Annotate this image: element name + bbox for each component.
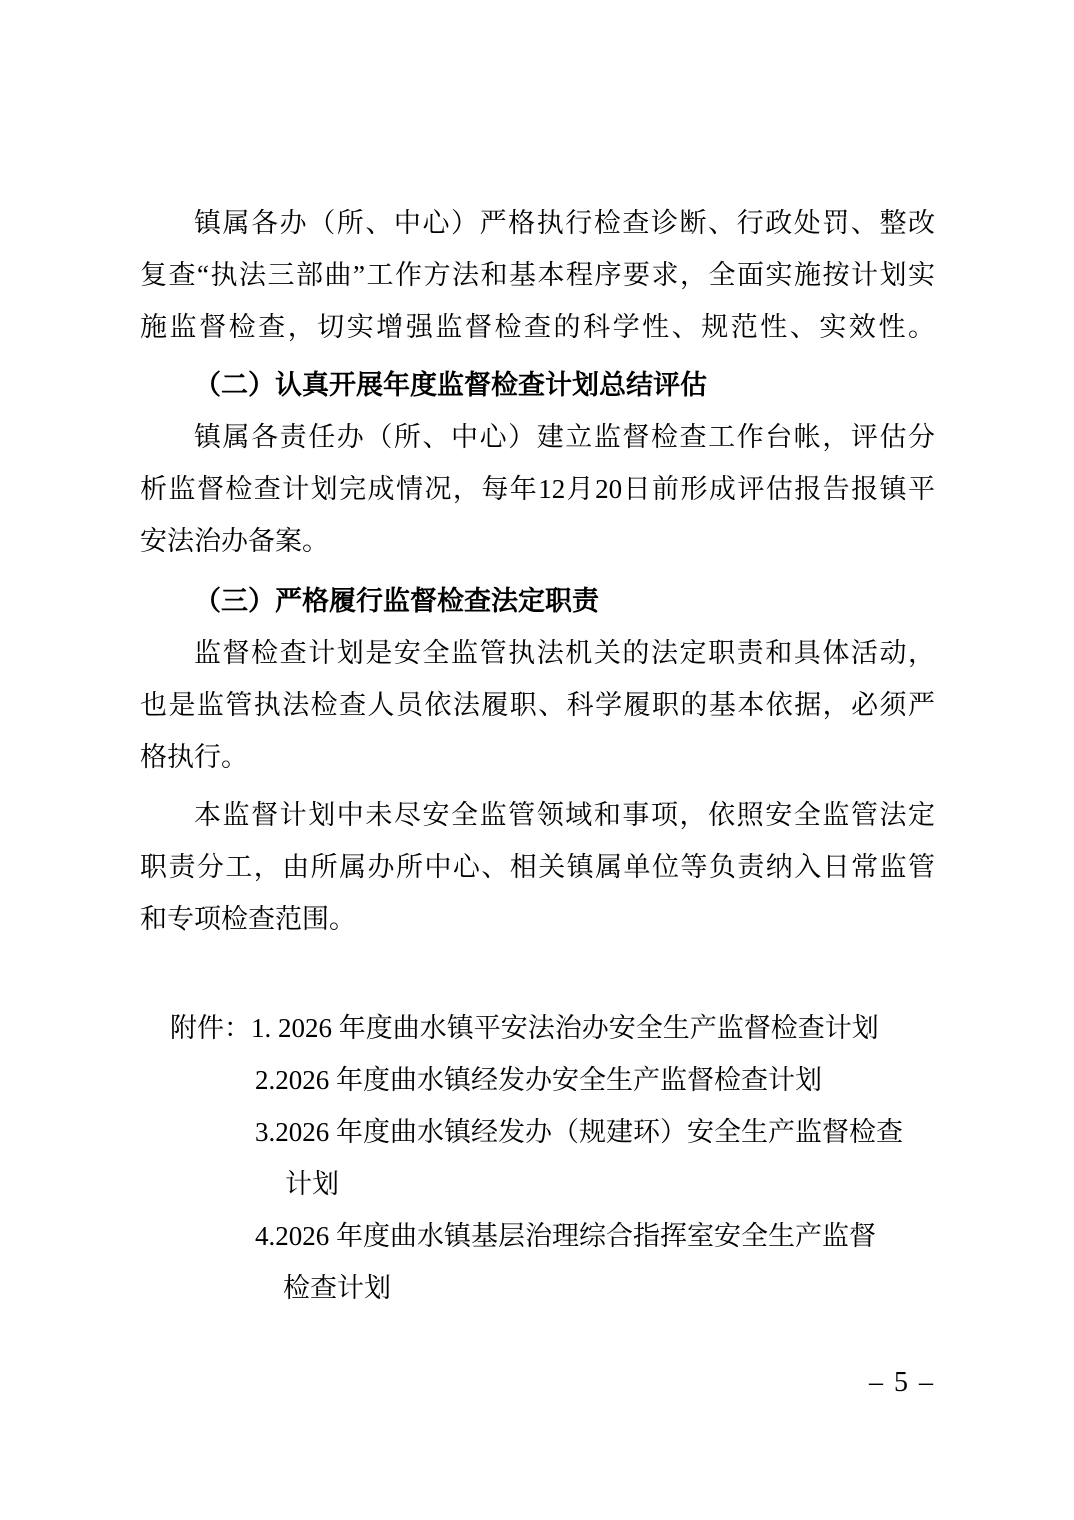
paragraph-line: 格执行。 <box>140 731 935 783</box>
paragraph-line: 安法治办备案。 <box>140 515 935 567</box>
paragraph-line: 和专项检查范围。 <box>140 893 935 945</box>
paragraph-line: 监督检查计划是安全监管执法机关的法定职责和具体活动， <box>140 627 935 679</box>
paragraph-3: 监督检查计划是安全监管执法机关的法定职责和具体活动， 也是监管执法检查人员依法履… <box>140 627 935 783</box>
attachment-title: 1. 2026 年度曲水镇平安法治办安全生产监督检查计划 <box>251 1013 879 1043</box>
paragraph-1: 镇属各办（所、中心）严格执行检查诊断、行政处罚、整改 复查“执法三部曲”工作方法… <box>140 197 935 353</box>
paragraph-line: 职责分工，由所属办所中心、相关镇属单位等负责纳入日常监管 <box>140 841 935 893</box>
attachment-item-4-continuation: 检查计划 <box>140 1262 935 1314</box>
document-page: 镇属各办（所、中心）严格执行检查诊断、行政处罚、整改 复查“执法三部曲”工作方法… <box>0 0 1074 1520</box>
attachment-item-2: 2.2026 年度曲水镇经发办安全生产监督检查计划 <box>140 1054 935 1106</box>
paragraph-4: 本监督计划中未尽安全监管领域和事项，依照安全监管法定 职责分工，由所属办所中心、… <box>140 789 935 945</box>
paragraph-line: 本监督计划中未尽安全监管领域和事项，依照安全监管法定 <box>140 789 935 841</box>
document-body: 镇属各办（所、中心）严格执行检查诊断、行政处罚、整改 复查“执法三部曲”工作方法… <box>140 197 935 1314</box>
attachment-item-3-continuation: 计划 <box>140 1158 935 1210</box>
attachments-label: 附件： <box>170 1013 251 1043</box>
section-heading-2: （二）认真开展年度监督检查计划总结评估 <box>140 359 935 411</box>
paragraph-line: 析监督检查计划完成情况，每年12月20日前形成评估报告报镇平 <box>140 463 935 515</box>
attachments-list: 附件：1. 2026 年度曲水镇平安法治办安全生产监督检查计划 2.2026 年… <box>140 1002 935 1314</box>
section-heading-3: （三）严格履行监督检查法定职责 <box>140 575 935 627</box>
page-number: – 5 – <box>869 1368 935 1398</box>
paragraph-line: 施监督检查，切实增强监督检查的科学性、规范性、实效性。 <box>140 301 935 353</box>
paragraph-line: 镇属各责任办（所、中心）建立监督检查工作台帐，评估分 <box>140 411 935 463</box>
paragraph-line: 镇属各办（所、中心）严格执行检查诊断、行政处罚、整改 <box>140 197 935 249</box>
attachment-item-3: 3.2026 年度曲水镇经发办（规建环）安全生产监督检查 <box>140 1106 935 1158</box>
paragraph-line: 也是监管执法检查人员依法履职、科学履职的基本依据，必须严 <box>140 679 935 731</box>
paragraph-line: 复查“执法三部曲”工作方法和基本程序要求，全面实施按计划实 <box>140 249 935 301</box>
attachment-item-1: 附件：1. 2026 年度曲水镇平安法治办安全生产监督检查计划 <box>140 1002 935 1054</box>
paragraph-2: 镇属各责任办（所、中心）建立监督检查工作台帐，评估分 析监督检查计划完成情况，每… <box>140 411 935 567</box>
attachment-item-4: 4.2026 年度曲水镇基层治理综合指挥室安全生产监督 <box>140 1210 935 1262</box>
